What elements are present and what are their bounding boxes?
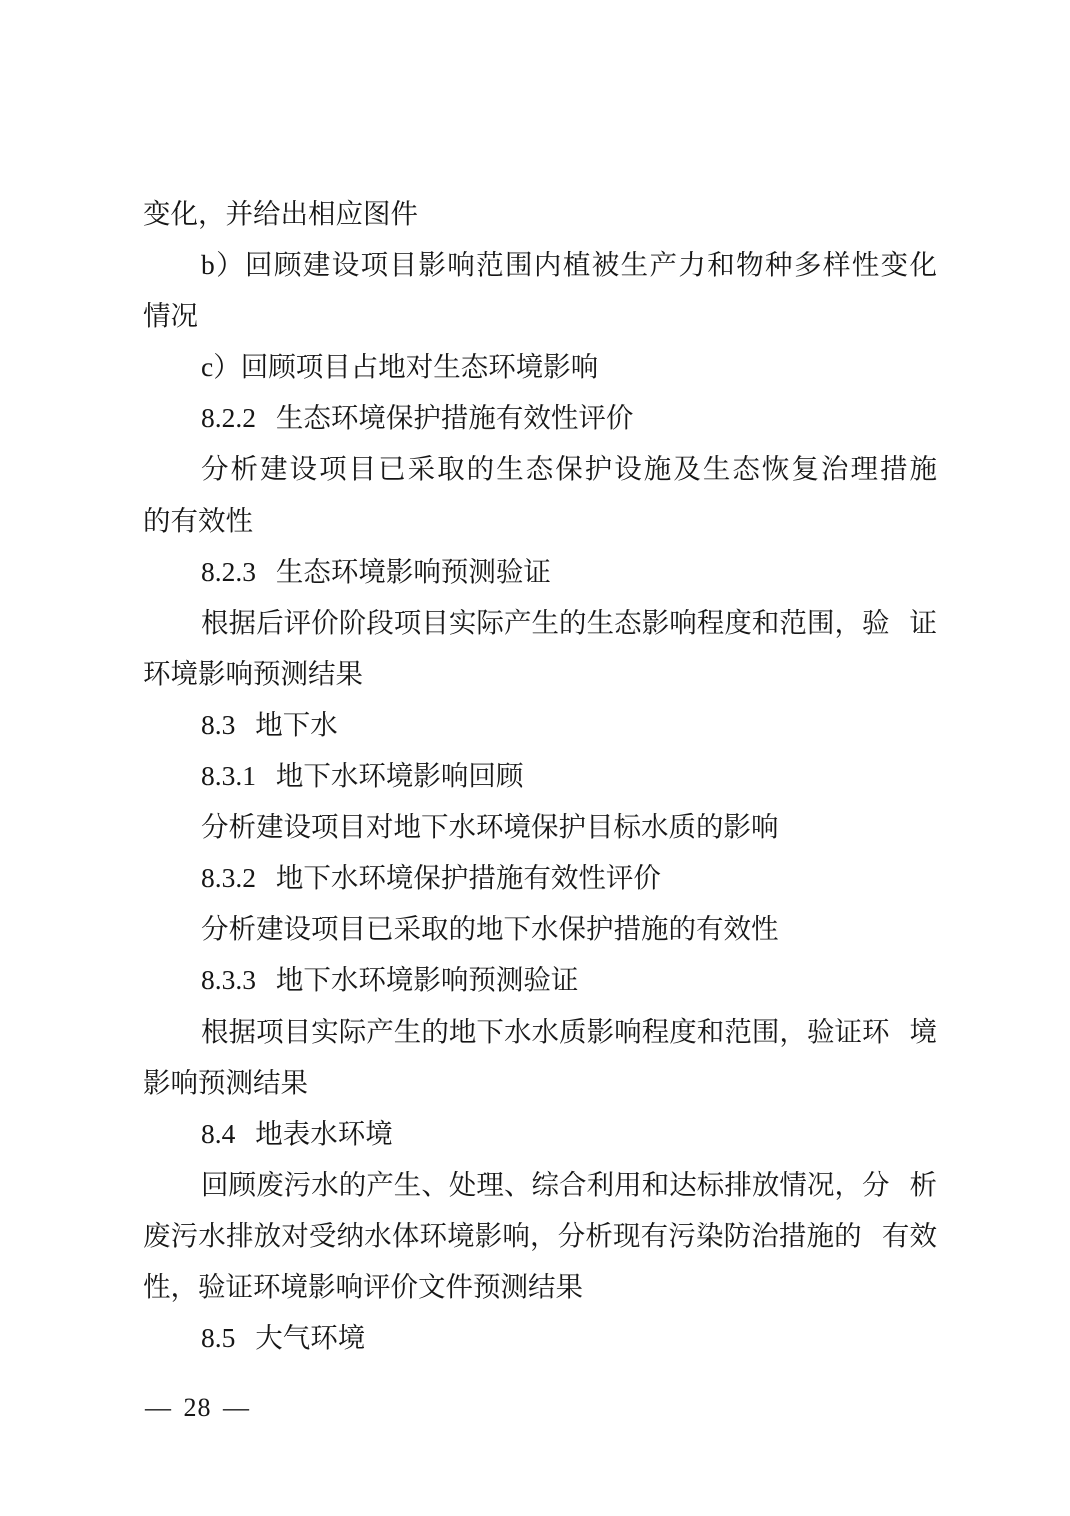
text-line: b）回顾建设项目影响范围内植被生产力和物种多样性变化 xyxy=(143,239,937,290)
text-line: 根据项目实际产生的地下水水质影响程度和范围，验证环 境 xyxy=(143,1006,937,1057)
text-line: 环境影响预测结果 xyxy=(143,648,937,699)
text-line: 8.2.3 生态环境影响预测验证 xyxy=(143,546,937,597)
text-line: 分析建设项目已采取的地下水保护措施的有效性 xyxy=(143,903,937,954)
text-line: 8.3 地下水 xyxy=(143,699,937,750)
text-line: 变化，并给出相应图件 xyxy=(143,188,937,239)
document-page: 变化，并给出相应图件b）回顾建设项目影响范围内植被生产力和物种多样性变化情况c）… xyxy=(0,0,1070,1516)
text-line: 8.3.1 地下水环境影响回顾 xyxy=(143,750,937,801)
text-line: 情况 xyxy=(143,290,937,341)
document-body: 变化，并给出相应图件b）回顾建设项目影响范围内植被生产力和物种多样性变化情况c）… xyxy=(143,188,937,1363)
text-line: 分析建设项目对地下水环境保护目标水质的影响 xyxy=(143,801,937,852)
text-line: 8.3.2 地下水环境保护措施有效性评价 xyxy=(143,852,937,903)
text-line: 分析建设项目已采取的生态保护设施及生态恢复治理措施 xyxy=(143,443,937,494)
text-line: 8.5 大气环境 xyxy=(143,1312,937,1363)
text-line: 影响预测结果 xyxy=(143,1057,937,1108)
page-number: — 28 — xyxy=(145,1384,250,1432)
text-line: 根据后评价阶段项目实际产生的生态影响程度和范围，验 证 xyxy=(143,597,937,648)
text-line: 废污水排放对受纳水体环境影响，分析现有污染防治措施的 有效 xyxy=(143,1210,937,1261)
text-line: c）回顾项目占地对生态环境影响 xyxy=(143,341,937,392)
text-line: 8.3.3 地下水环境影响预测验证 xyxy=(143,954,937,1005)
text-line: 回顾废污水的产生、处理、综合利用和达标排放情况，分 析 xyxy=(143,1159,937,1210)
text-line: 的有效性 xyxy=(143,495,937,546)
text-line: 8.4 地表水环境 xyxy=(143,1108,937,1159)
text-line: 8.2.2 生态环境保护措施有效性评价 xyxy=(143,392,937,443)
text-line: 性，验证环境影响评价文件预测结果 xyxy=(143,1261,937,1312)
